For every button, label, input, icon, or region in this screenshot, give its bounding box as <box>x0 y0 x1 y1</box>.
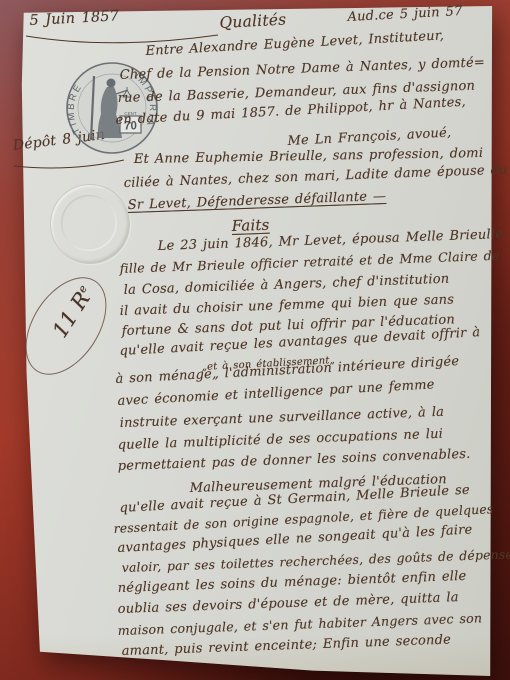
embossed-seal <box>50 184 130 264</box>
embossed-seal-inner-ring <box>61 195 117 251</box>
section-heading-faits: Faits <box>231 216 269 235</box>
deposit-underline-flourish <box>10 156 130 172</box>
photo-backdrop: 5 Juin 1857 Qualités Aud.ce 5 juin 57 Dé… <box>0 0 510 680</box>
page-heading-qualites: Qualités <box>219 11 287 32</box>
